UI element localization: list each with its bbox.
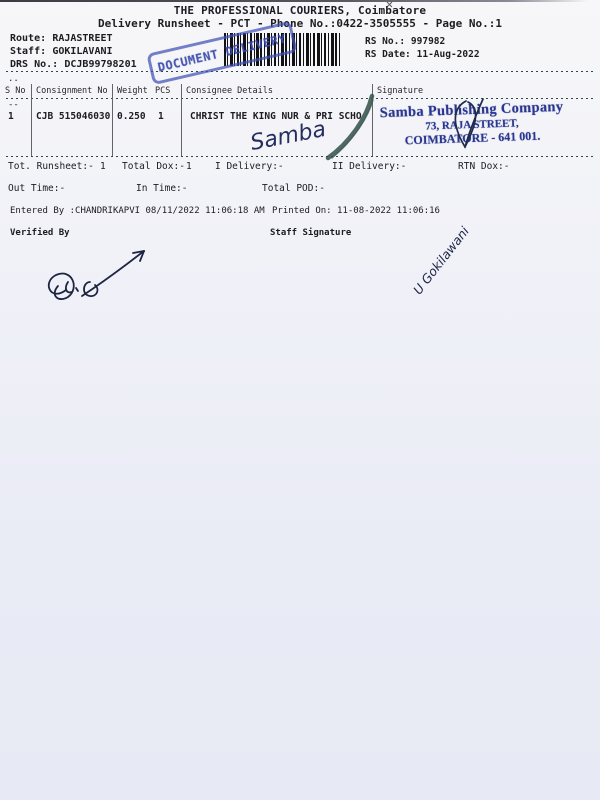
col-header-signature: Signature bbox=[377, 87, 423, 96]
route-value: RAJASTREET bbox=[46, 33, 112, 44]
divider bbox=[6, 71, 594, 72]
route-label: Route: bbox=[10, 33, 46, 44]
total-runsheet-label: Tot. Runsheet:- bbox=[8, 162, 94, 172]
staff-line: Staff:GOKILAVANI bbox=[10, 46, 113, 57]
staff-value: GOKILAVANI bbox=[46, 46, 112, 57]
route-line: Route:RAJASTREET bbox=[10, 33, 113, 44]
col-header-pcs: PCS bbox=[155, 87, 170, 96]
total-dox-label: Total Dox:- bbox=[122, 162, 185, 172]
printed-on-line: Printed On: 11-08-2022 11:06:16 bbox=[272, 207, 440, 217]
scan-edge bbox=[0, 0, 600, 2]
total-dox-value: 1 bbox=[186, 162, 192, 172]
document-delivery-stamp: DOCUMENT DELIVERY bbox=[146, 21, 297, 85]
rs-no-line: RS No.:997982 bbox=[365, 37, 445, 47]
tick-mark: -- bbox=[8, 101, 19, 111]
cell-weight: 0.250 bbox=[117, 112, 146, 122]
rs-date-value: 11-Aug-2022 bbox=[411, 49, 480, 60]
drs-value: DCJB99798201 bbox=[58, 59, 136, 70]
delivery-stamp-text: DOCUMENT DELIVERY bbox=[156, 31, 287, 74]
rs-date-line: RS Date:11-Aug-2022 bbox=[365, 50, 480, 60]
verified-by-signature bbox=[38, 238, 158, 310]
total-pod-label: Total POD:- bbox=[262, 184, 325, 194]
in-time-label: In Time:- bbox=[136, 184, 187, 194]
out-time-label: Out Time:- bbox=[8, 184, 65, 194]
tick-mark: .. bbox=[8, 75, 19, 85]
column-rule bbox=[31, 84, 32, 157]
col-header-sno: S No bbox=[5, 87, 25, 96]
column-rule bbox=[181, 84, 182, 157]
total-runsheet-value: 1 bbox=[100, 162, 106, 172]
rs-date-label: RS Date: bbox=[365, 49, 411, 60]
i-delivery-label: I Delivery:- bbox=[215, 162, 284, 172]
ii-delivery-label: II Delivery:- bbox=[332, 162, 406, 172]
cell-sno: 1 bbox=[8, 112, 14, 122]
cell-pcs: 1 bbox=[158, 112, 164, 122]
pen-swoosh-stroke bbox=[322, 92, 382, 162]
drs-line: DRS No.:DCJB99798201 bbox=[10, 59, 137, 70]
page-subtitle: Delivery Runsheet - PCT - Phone No.:0422… bbox=[0, 18, 600, 30]
column-rule bbox=[112, 84, 113, 157]
staff-label: Staff: bbox=[10, 46, 46, 57]
divider bbox=[6, 98, 594, 99]
rs-no-value: 997982 bbox=[405, 36, 445, 47]
pen-flourish-stroke bbox=[438, 97, 498, 155]
runsheet-document: THE PROFESSIONAL COURIERS, Coimbatore De… bbox=[0, 0, 600, 800]
col-header-weight: Weight bbox=[117, 87, 148, 96]
staff-signature-label: Staff Signature bbox=[270, 229, 351, 239]
drs-label: DRS No.: bbox=[10, 59, 58, 70]
consignee-signature: Samba bbox=[248, 117, 328, 156]
rs-no-label: RS No.: bbox=[365, 36, 405, 47]
col-header-consignment: Consignment No bbox=[36, 87, 108, 96]
entered-by-line: Entered By :CHANDRIKAPVI 08/11/2022 11:0… bbox=[10, 207, 265, 217]
rtn-dox-label: RTN Dox:- bbox=[458, 162, 509, 172]
cell-consignment: CJB 515046030 bbox=[36, 112, 110, 122]
divider bbox=[6, 156, 594, 157]
page-title: THE PROFESSIONAL COURIERS, Coimbatore bbox=[0, 5, 600, 17]
col-header-consignee: Consignee Details bbox=[186, 87, 273, 96]
